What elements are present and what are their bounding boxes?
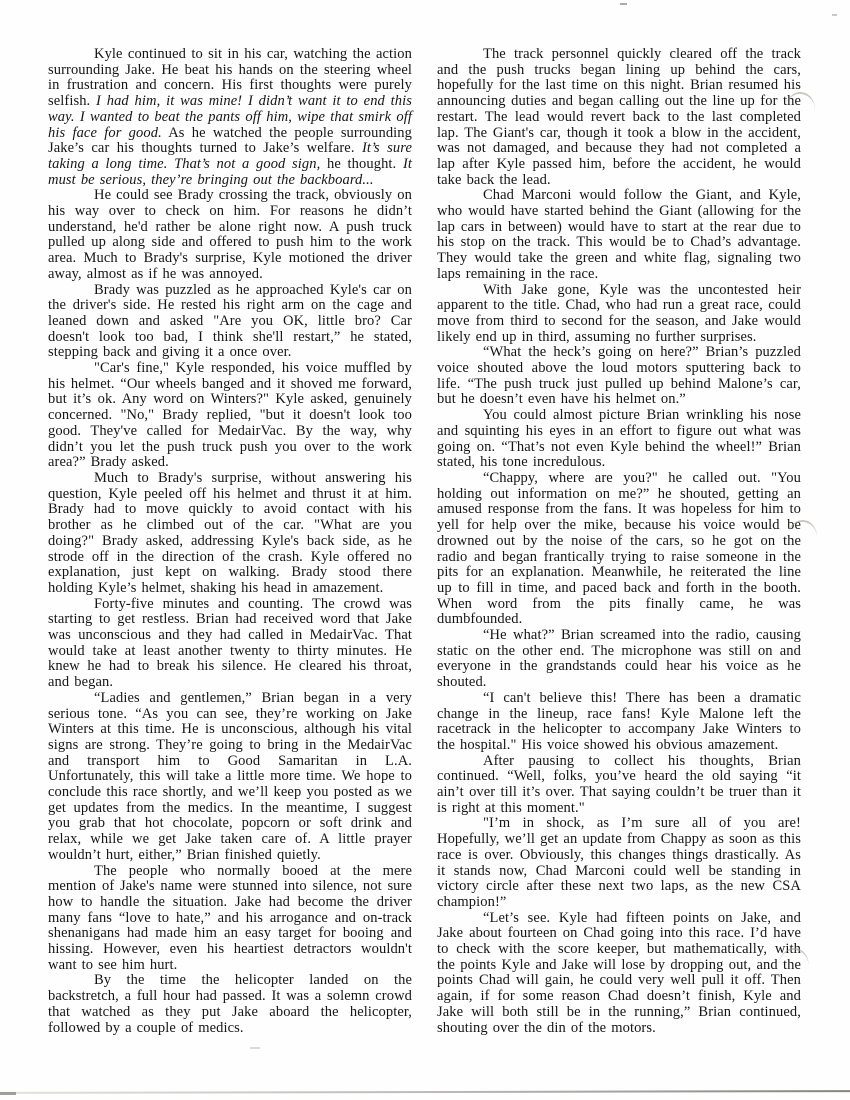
- scan-artifact-bottom-line: [0, 1090, 850, 1094]
- scan-artifact-speck: [620, 3, 627, 5]
- paragraph: The track personnel quickly cleared off …: [437, 47, 801, 188]
- paragraph: The people who normally booed at the mer…: [48, 864, 412, 974]
- text-segment: He could see Brady crossing the track, o…: [48, 187, 412, 282]
- text-segment: he thought.: [320, 156, 403, 172]
- paragraph: With Jake gone, Kyle was the uncontested…: [437, 283, 801, 346]
- text-segment: By the time the helicopter landed on the…: [48, 972, 412, 1035]
- text-segment: “I can't believe this! There has been a …: [437, 690, 801, 753]
- paragraph: “What the heck’s going on here?” Brian’s…: [437, 345, 801, 408]
- paragraph: Brady was puzzled as he approached Kyle'…: [48, 283, 412, 362]
- paragraph: “He what?” Brian screamed into the radio…: [437, 628, 801, 691]
- scan-artifact-speck: [832, 14, 837, 16]
- paragraph: By the time the helicopter landed on the…: [48, 973, 412, 1036]
- text-segment: “Chappy, where are you?" he called out. …: [437, 470, 801, 627]
- text-segment: You could almost picture Brian wrinkling…: [437, 407, 801, 470]
- paragraph: “Let’s see. Kyle had fifteen points on J…: [437, 911, 801, 1037]
- paragraph: "Car's fine," Kyle responded, his voice …: [48, 361, 412, 471]
- paragraph: “Ladies and gentlemen,” Brian began in a…: [48, 691, 412, 864]
- text-segment: Brady was puzzled as he approached Kyle'…: [48, 282, 412, 361]
- text-segment: "I’m in shock, as I’m sure all of you ar…: [437, 815, 801, 910]
- text-segment: The people who normally booed at the mer…: [48, 863, 412, 973]
- paragraph: He could see Brady crossing the track, o…: [48, 188, 412, 282]
- scan-artifact-bottom-left-mark: [0, 1092, 16, 1095]
- two-column-text-block: Kyle continued to sit in his car, watchi…: [48, 47, 801, 1036]
- text-column-right: The track personnel quickly cleared off …: [437, 47, 801, 1036]
- paragraph: "I’m in shock, as I’m sure all of you ar…: [437, 816, 801, 910]
- text-segment: “He what?” Brian screamed into the radio…: [437, 627, 801, 690]
- text-column-left: Kyle continued to sit in his car, watchi…: [48, 47, 412, 1036]
- paragraph: “I can't believe this! There has been a …: [437, 691, 801, 754]
- text-segment: Chad Marconi would follow the Giant, and…: [437, 187, 801, 282]
- paragraph: Forty-five minutes and counting. The cro…: [48, 597, 412, 691]
- text-segment: The track personnel quickly cleared off …: [437, 46, 801, 188]
- paragraph: You could almost picture Brian wrinkling…: [437, 408, 801, 471]
- text-segment: Much to Brady's surprise, without answer…: [48, 470, 412, 596]
- text-segment: “Ladies and gentlemen,” Brian began in a…: [48, 690, 412, 863]
- paragraph: Chad Marconi would follow the Giant, and…: [437, 188, 801, 282]
- text-segment: Forty-five minutes and counting. The cro…: [48, 596, 412, 691]
- paragraph: After pausing to collect his thoughts, B…: [437, 754, 801, 817]
- text-segment: “Let’s see. Kyle had fifteen points on J…: [437, 910, 801, 1036]
- text-segment: With Jake gone, Kyle was the uncontested…: [437, 282, 801, 345]
- paragraph: Kyle continued to sit in his car, watchi…: [48, 47, 412, 188]
- paragraph: Much to Brady's surprise, without answer…: [48, 471, 412, 597]
- text-segment: After pausing to collect his thoughts, B…: [437, 753, 801, 816]
- scan-artifact-speck: [250, 1047, 260, 1049]
- text-segment: “What the heck’s going on here?” Brian’s…: [437, 344, 801, 407]
- paragraph: “Chappy, where are you?" he called out. …: [437, 471, 801, 628]
- document-page: Kyle continued to sit in his car, watchi…: [0, 0, 850, 1100]
- text-segment: "Car's fine," Kyle responded, his voice …: [48, 360, 412, 470]
